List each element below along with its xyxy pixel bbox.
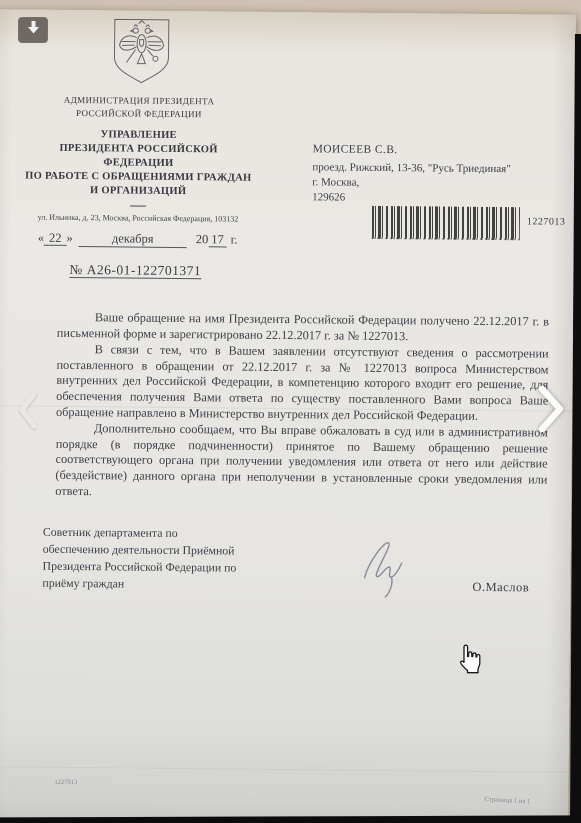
recipient-postal-code: 129626 <box>312 190 552 207</box>
footer-doc-number: 1227013 <box>54 779 77 786</box>
paragraph: Дополнительно сообщаем, что Вы вправе об… <box>55 421 548 504</box>
department-line: ПО РАБОТЕ С ОБРАЩЕНИЯМИ ГРАЖДАН <box>24 170 252 186</box>
paper-crease <box>0 766 569 773</box>
sender-address: ул. Ильинка, д. 23, Москва, Российская Ф… <box>24 213 252 224</box>
date-quote-close: » <box>66 231 72 245</box>
reference-number: № А26-01-122701371 <box>69 262 201 279</box>
footer-page-info: Страница 1 из 1 <box>484 796 530 805</box>
date-month: декабря <box>79 231 187 248</box>
download-button[interactable] <box>18 17 48 43</box>
parent-org-line: РОССИЙСКОЙ ФЕДЕРАЦИИ <box>25 106 253 121</box>
next-page-button[interactable] <box>536 384 566 434</box>
chevron-left-icon <box>16 417 40 434</box>
signer-title: Советник департамента по обеспечению дея… <box>42 524 288 594</box>
signer-name: О.Маслов <box>472 580 529 596</box>
letter-body: Ваше обращение на имя Президента Российс… <box>55 310 549 505</box>
previous-page-button[interactable] <box>16 390 40 430</box>
date-century: 20 <box>196 232 209 246</box>
department-line: И ОРГАНИЗАЦИЙ <box>24 184 252 200</box>
handwritten-signature <box>354 532 417 601</box>
department-line: ПРЕЗИДЕНТА РОССИЙСКОЙ ФЕДЕРАЦИИ <box>24 142 252 172</box>
document-page: АДМИНИСТРАЦИЯ ПРЕЗИДЕНТА РОССИЙСКОЙ ФЕДЕ… <box>0 9 576 823</box>
letterhead: АДМИНИСТРАЦИЯ ПРЕЗИДЕНТА РОССИЙСКОЙ ФЕДЕ… <box>24 94 253 224</box>
paragraph: В связи с тем, что в Вашем заявлении отс… <box>56 342 549 425</box>
barcode-number: 1227013 <box>527 216 566 227</box>
date-day: 22 <box>44 231 67 246</box>
download-icon <box>26 20 41 40</box>
letterhead-divider <box>130 206 146 207</box>
coat-of-arms-icon <box>111 16 172 87</box>
barcode-row: 1227013 <box>372 206 572 241</box>
recipient-block: МОИСЕЕВ С.В. проезд. Рижский, 13-36, "Ру… <box>312 142 553 207</box>
date-line: «22»декабря2017г. <box>38 231 238 249</box>
recipient-name: МОИСЕЕВ С.В. <box>313 142 553 159</box>
barcode <box>372 206 520 240</box>
date-era: г. <box>231 232 238 246</box>
paragraph: Ваше обращение на имя Президента Российс… <box>57 310 549 346</box>
recipient-address-line: г. Москва, <box>312 175 552 192</box>
chevron-right-icon <box>536 421 566 438</box>
document-photo-viewer: АДМИНИСТРАЦИЯ ПРЕЗИДЕНТА РОССИЙСКОЙ ФЕДЕ… <box>0 0 581 823</box>
date-year: 17 <box>208 232 227 247</box>
